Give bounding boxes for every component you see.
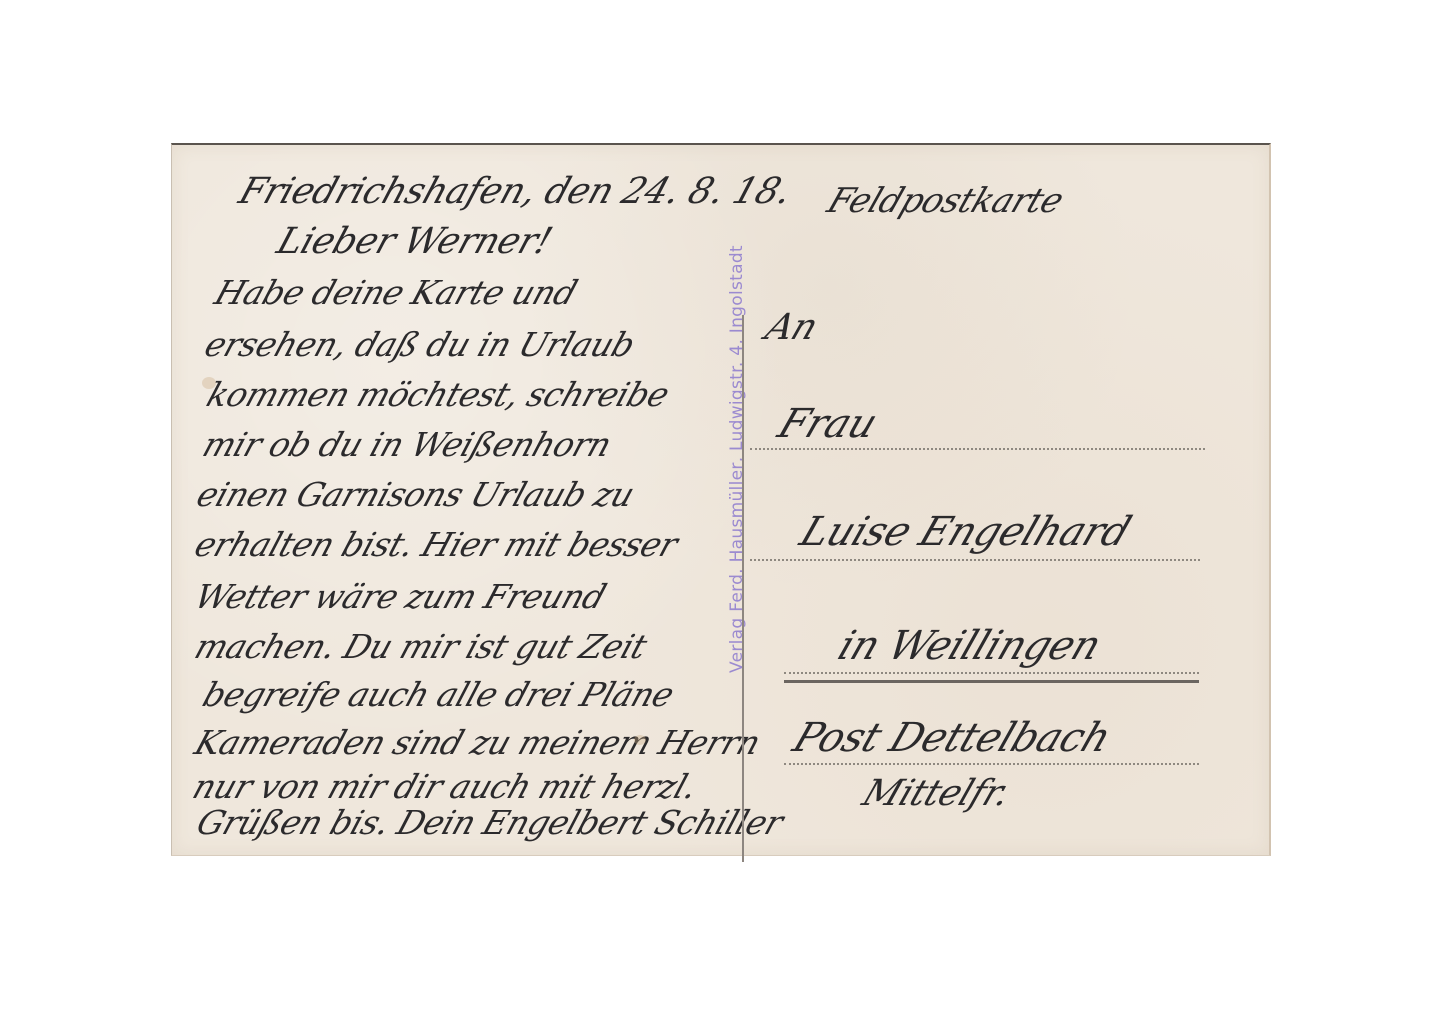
message-line-12: Grüßen bis. Dein Engelbert Schiller <box>192 803 788 842</box>
message-line-5: einen Garnisons Urlaub zu <box>192 475 639 514</box>
dateline: Friedrichshafen, den 24. 8. 18. <box>234 171 796 212</box>
recipient-post-office: Post Dettelbach <box>787 715 1117 761</box>
message-line-7: Wetter wäre zum Freund <box>190 577 611 616</box>
recipient-name: Luise Engelhard <box>794 509 1137 555</box>
foxing-stain <box>202 377 216 389</box>
vertical-divider <box>742 315 744 862</box>
address-line-3 <box>784 672 1199 674</box>
salutation: Lieber Werner! <box>272 221 557 262</box>
address-an: An <box>760 307 823 348</box>
postcard: Friedrichshafen, den 24. 8. 18. Lieber W… <box>171 143 1271 856</box>
address-frau: Frau <box>772 401 883 447</box>
address-line-4 <box>784 763 1199 765</box>
message-line-3: kommen möchtest, schreibe <box>202 375 674 414</box>
message-line-10: Kameraden sind zu meinem Herrn <box>190 723 765 762</box>
recipient-region: Mittelfr. <box>857 773 1016 814</box>
message-line-9: begreife auch alle drei Pläne <box>198 675 679 714</box>
message-line-1: Habe deine Karte und <box>210 273 582 312</box>
message-line-6: erhalten bist. Hier mit besser <box>190 525 682 564</box>
publisher-imprint: Verlag Ferd. Hausmüller, Ludwigstr. 4, I… <box>727 245 747 673</box>
message-line-4: mir ob du in Weißenhorn <box>198 425 616 464</box>
foxing-stain <box>634 735 646 745</box>
address-line-2 <box>750 559 1200 561</box>
address-line-1 <box>750 448 1205 450</box>
feldpost-header: Feldpostkarte <box>822 181 1069 221</box>
recipient-place: in Weillingen <box>832 623 1107 669</box>
message-line-8: machen. Du mir ist gut Zeit <box>190 627 652 666</box>
message-line-11: nur von mir dir auch mit herzl. <box>188 767 702 806</box>
message-line-2: ersehen, daß du in Urlaub <box>200 325 640 364</box>
place-underline <box>784 680 1199 683</box>
